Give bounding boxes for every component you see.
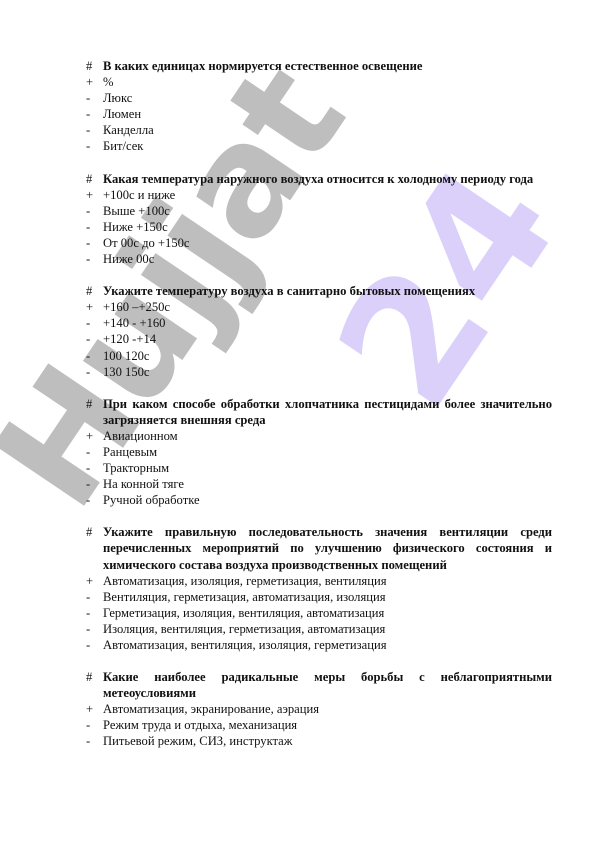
- answer-marker-correct: +: [86, 573, 103, 589]
- answer-text: Ручной обработке: [103, 492, 552, 508]
- answer-text: Ниже +150с: [103, 219, 552, 235]
- question-marker: #: [86, 524, 103, 572]
- answer-marker: -: [86, 315, 103, 331]
- answer-text: 100 120с: [103, 348, 552, 364]
- question-block: #Какие наиболее радикальные меры борьбы …: [86, 669, 552, 749]
- answer-text: Бит/сек: [103, 138, 552, 154]
- answer-marker: -: [86, 460, 103, 476]
- question-list: #В каких единицах нормируется естественн…: [86, 58, 552, 750]
- answer-text: +120 -+14: [103, 331, 552, 347]
- answer-text: Герметизация, изоляция, вентиляция, авто…: [103, 605, 552, 621]
- answer-text: Выше +100с: [103, 203, 552, 219]
- answer-marker: -: [86, 364, 103, 380]
- question-text: Укажите температуру воздуха в санитарно …: [103, 283, 552, 299]
- question-text: В каких единицах нормируется естественно…: [103, 58, 552, 74]
- answer-marker: -: [86, 621, 103, 637]
- answer-marker-correct: +: [86, 187, 103, 203]
- answer-marker-correct: +: [86, 74, 103, 90]
- question-marker: #: [86, 396, 103, 428]
- answer-text: Тракторным: [103, 460, 552, 476]
- answer-marker-correct: +: [86, 428, 103, 444]
- answer-marker: -: [86, 476, 103, 492]
- answer-text: +140 - +160: [103, 315, 552, 331]
- answer-marker: -: [86, 122, 103, 138]
- answer-marker: -: [86, 90, 103, 106]
- answer-text: Люмен: [103, 106, 552, 122]
- answer-marker: -: [86, 717, 103, 733]
- answer-marker: -: [86, 106, 103, 122]
- answer-marker: -: [86, 331, 103, 347]
- answer-text: Автоматизация, вентиляция, изоляция, гер…: [103, 637, 552, 653]
- answer-text: От 00с до +150с: [103, 235, 552, 251]
- question-text: Какая температура наружного воздуха отно…: [103, 171, 552, 187]
- answer-text: Ранцевым: [103, 444, 552, 460]
- answer-marker: -: [86, 348, 103, 364]
- question-block: #Укажите правильную последовательность з…: [86, 524, 552, 653]
- answer-marker: -: [86, 138, 103, 154]
- answer-marker: -: [86, 605, 103, 621]
- question-block: #Укажите температуру воздуха в санитарно…: [86, 283, 552, 380]
- question-marker: #: [86, 171, 103, 187]
- answer-marker: -: [86, 492, 103, 508]
- answer-marker: -: [86, 203, 103, 219]
- question-block: #При каком способе обработки хлопчатника…: [86, 396, 552, 509]
- answer-text: +160 –+250с: [103, 299, 552, 315]
- answer-text: 130 150с: [103, 364, 552, 380]
- answer-marker: -: [86, 444, 103, 460]
- question-block: #Какая температура наружного воздуха отн…: [86, 171, 552, 268]
- answer-text: Автоматизация, изоляция, герметизация, в…: [103, 573, 552, 589]
- question-text: При каком способе обработки хлопчатника …: [103, 396, 552, 428]
- answer-text: Изоляция, вентиляция, герметизация, авто…: [103, 621, 552, 637]
- answer-marker-correct: +: [86, 701, 103, 717]
- answer-marker: -: [86, 733, 103, 749]
- answer-text: Питьевой режим, СИЗ, инструктаж: [103, 733, 552, 749]
- answer-text: Ниже 00с: [103, 251, 552, 267]
- question-marker: #: [86, 58, 103, 74]
- answer-text: Автоматизация, экранирование, аэрация: [103, 701, 552, 717]
- answer-text: %: [103, 74, 552, 90]
- answer-marker-correct: +: [86, 299, 103, 315]
- question-marker: #: [86, 283, 103, 299]
- answer-marker: -: [86, 235, 103, 251]
- answer-text: Режим труда и отдыха, механизация: [103, 717, 552, 733]
- answer-text: Вентиляция, герметизация, автоматизация,…: [103, 589, 552, 605]
- answer-marker: -: [86, 637, 103, 653]
- answer-text: Люкс: [103, 90, 552, 106]
- question-block: #В каких единицах нормируется естественн…: [86, 58, 552, 155]
- question-text: Какие наиболее радикальные меры борьбы с…: [103, 669, 552, 701]
- answer-text: +100с и ниже: [103, 187, 552, 203]
- question-marker: #: [86, 669, 103, 701]
- answer-text: Авиационном: [103, 428, 552, 444]
- answer-text: Канделла: [103, 122, 552, 138]
- question-text: Укажите правильную последовательность зн…: [103, 524, 552, 572]
- answer-marker: -: [86, 219, 103, 235]
- answer-marker: -: [86, 251, 103, 267]
- answer-marker: -: [86, 589, 103, 605]
- answer-text: На конной тяге: [103, 476, 552, 492]
